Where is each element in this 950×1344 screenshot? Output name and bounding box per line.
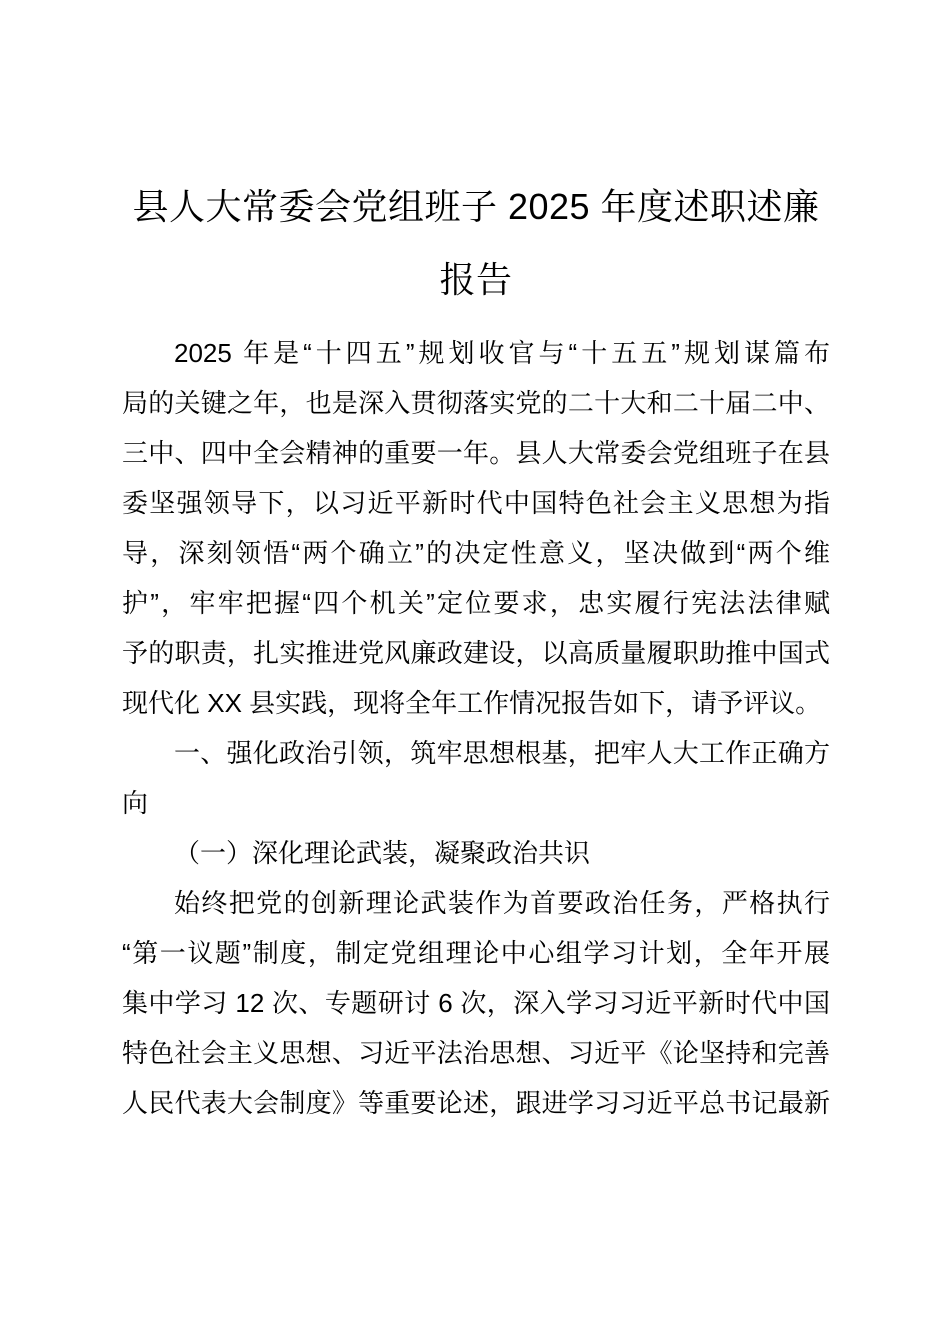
title-line: 报告 — [122, 243, 830, 316]
body-text-line: 护”，牢牢把握“四个机关”定位要求，忠实履行宪法法律赋 — [122, 578, 830, 628]
body-text-line: 2025 年是“十四五”规划收官与“十五五”规划谋篇布 — [122, 328, 830, 378]
heading1-line: 向 — [122, 778, 830, 828]
body-text-line: 三中、四中全会精神的重要一年。县人大常委会党组班子在县 — [122, 428, 830, 478]
heading1-line: 一、强化政治引领，筑牢思想根基，把牢人大工作正确方 — [122, 728, 830, 778]
body-text-line: 导，深刻领悟“两个确立”的决定性意义，坚决做到“两个维 — [122, 528, 830, 578]
heading2-line: （一）深化理论武装，凝聚政治共识 — [122, 828, 830, 878]
body-text-line: 局的关键之年，也是深入贯彻落实党的二十大和二十届二中、 — [122, 378, 830, 428]
title-line: 县人大常委会党组班子 2025 年度述职述廉 — [122, 170, 830, 243]
body-text-line: 人民代表大会制度》等重要论述，跟进学习习近平总书记最新 — [122, 1078, 830, 1128]
document-title: 县人大常委会党组班子 2025 年度述职述廉报告 — [122, 0, 830, 316]
document-body: 2025 年是“十四五”规划收官与“十五五”规划谋篇布局的关键之年，也是深入贯彻… — [122, 328, 830, 1128]
body-text-line: 予的职责，扎实推进党风廉政建设，以高质量履职助推中国式 — [122, 628, 830, 678]
body-text-line: “第一议题”制度，制定党组理论中心组学习计划，全年开展 — [122, 928, 830, 978]
document-page: 县人大常委会党组班子 2025 年度述职述廉报告 2025 年是“十四五”规划收… — [0, 0, 950, 1344]
body-text-line: 集中学习 12 次、专题研讨 6 次，深入学习习近平新时代中国 — [122, 978, 830, 1028]
body-text-line: 始终把党的创新理论武装作为首要政治任务，严格执行 — [122, 878, 830, 928]
body-text-line: 现代化 XX 县实践，现将全年工作情况报告如下，请予评议。 — [122, 678, 830, 728]
document-content: 县人大常委会党组班子 2025 年度述职述廉报告 2025 年是“十四五”规划收… — [122, 0, 830, 1128]
body-text-line: 委坚强领导下，以习近平新时代中国特色社会主义思想为指 — [122, 478, 830, 528]
body-text-line: 特色社会主义思想、习近平法治思想、习近平《论坚持和完善 — [122, 1028, 830, 1078]
